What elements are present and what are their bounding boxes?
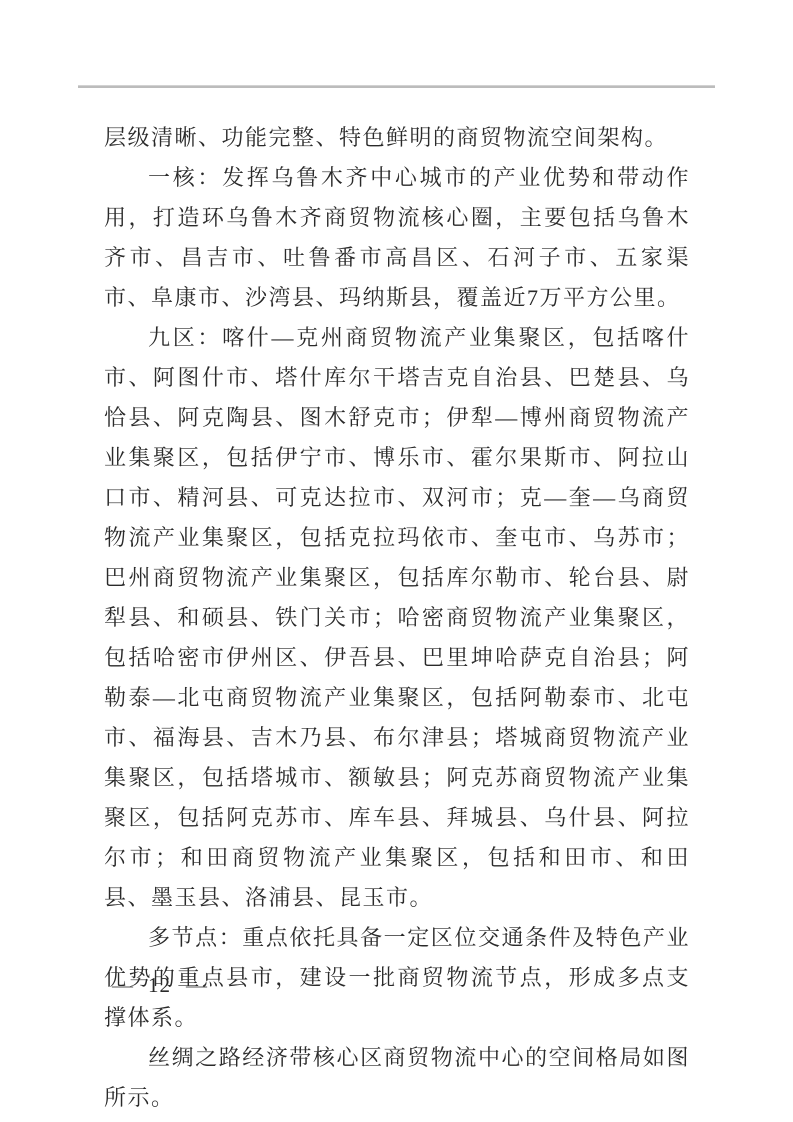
page-number: 12 <box>148 973 171 998</box>
page-footer: — 12 — <box>112 973 207 998</box>
header-rule <box>78 85 715 88</box>
document-page: 层级清晰、功能完整、特色鲜明的商贸物流空间架构。 一核：发挥乌鲁木齐中心城市的产… <box>0 0 793 1122</box>
paragraph-silk-road: 丝绸之路经济带核心区商贸物流中心的空间格局如图所示。 <box>104 1038 690 1118</box>
paragraph-one-core: 一核：发挥乌鲁木齐中心城市的产业优势和带动作用，打造环乌鲁木齐商贸物流核心圈，主… <box>104 158 690 318</box>
paragraph-continuation: 层级清晰、功能完整、特色鲜明的商贸物流空间架构。 <box>104 118 690 158</box>
footer-dash-right: — <box>186 973 207 998</box>
footer-dash-left: — <box>112 973 133 998</box>
paragraph-nine-zones: 九区：喀什—克州商贸物流产业集聚区，包括喀什市、阿图什市、塔什库尔干塔吉克自治县… <box>104 318 690 918</box>
document-body: 层级清晰、功能完整、特色鲜明的商贸物流空间架构。 一核：发挥乌鲁木齐中心城市的产… <box>104 118 690 1118</box>
